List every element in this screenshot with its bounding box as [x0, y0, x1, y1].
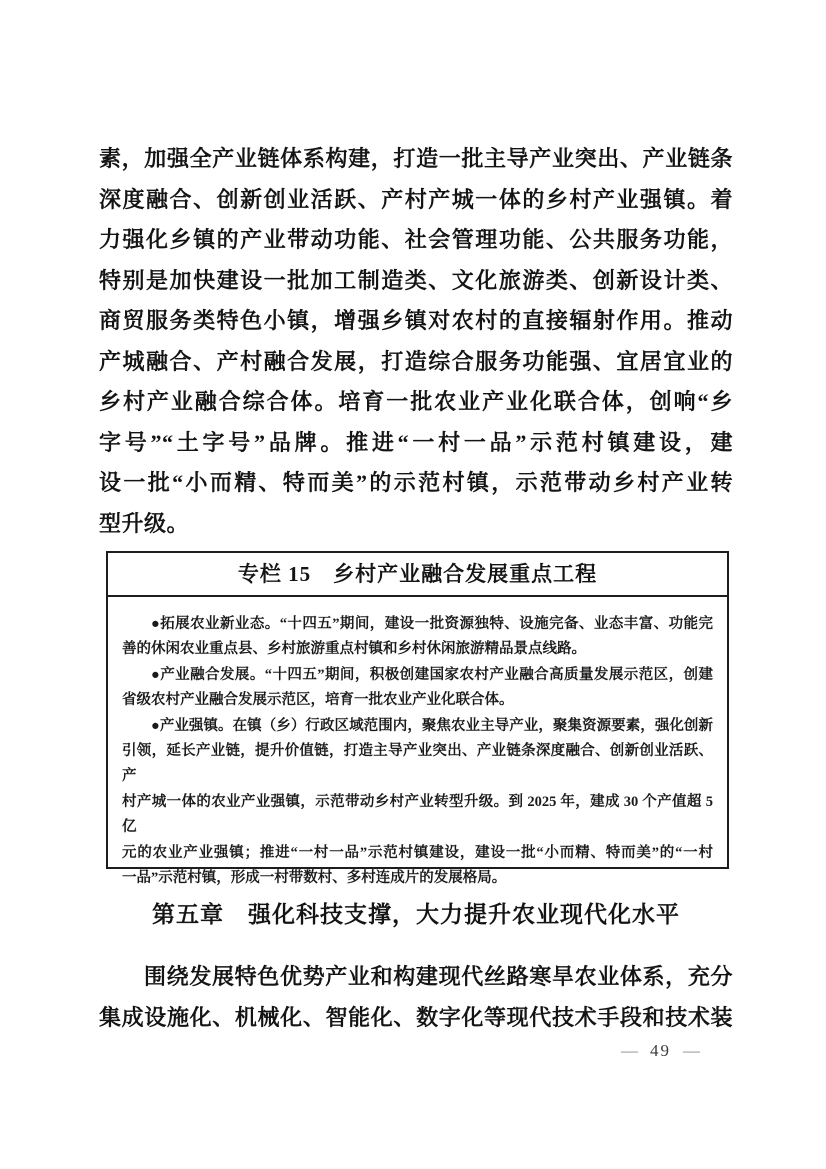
body-line: 特别是加快建设一批加工制造类、文化旅游类、创新设计类、: [99, 261, 733, 302]
box-bullet-line: 一品”示范村镇，形成一村带数村、多村连成片的发展格局。: [122, 866, 713, 891]
box-bullet-line: ●产业融合发展。“十四五”期间，积极创建国家农村产业融合高质量发展示范区，创建: [122, 663, 713, 688]
box-bullet-line: ●拓展农业新业态。“十四五”期间，建设一批资源独特、设施完备、业态丰富、功能完: [122, 612, 713, 637]
body-paragraph-1: 素，加强全产业链体系构建，打造一批主导产业突出、产业链条 深度融合、创新创业活跃…: [99, 139, 733, 544]
body-line: 字号”“土字号”品牌。推进“一村一品”示范村镇建设，建: [99, 423, 733, 464]
body-line: 力强化乡镇的产业带动功能、社会管理功能、公共服务功能，: [99, 220, 733, 261]
box-bullet-line: 省级农村产业融合发展示范区，培育一批农业产业化联合体。: [122, 688, 713, 713]
page-number: 49: [638, 1041, 683, 1060]
body-line: 深度融合、创新创业活跃、产村产城一体的乡村产业强镇。着: [99, 180, 733, 221]
page-number-footer: —49—: [621, 1041, 700, 1061]
box-bullet-line: 善的休闲农业重点县、乡村旅游重点村镇和乡村休闲旅游精品景点线路。: [122, 637, 713, 662]
body-line: 乡村产业融合综合体。培育一批农业产业化联合体，创响“乡: [99, 382, 733, 423]
body-line: 型升级。: [99, 504, 733, 545]
body-line: 集成设施化、机械化、智能化、数字化等现代技术手段和技术装: [99, 997, 733, 1038]
feature-box-body: ●拓展农业新业态。“十四五”期间，建设一批资源独特、设施完备、业态丰富、功能完 …: [108, 597, 727, 891]
footer-dash-right: —: [683, 1041, 700, 1060]
body-line: 商贸服务类特色小镇，增强乡镇对农村的直接辐射作用。推动: [99, 301, 733, 342]
footer-dash-left: —: [621, 1041, 638, 1060]
box-bullet-line: 引领，延长产业链，提升价值链，打造主导产业突出、产业链条深度融合、创新创业活跃、…: [122, 739, 713, 790]
body-line: 设一批“小而精、特而美”的示范村镇，示范带动乡村产业转: [99, 463, 733, 504]
box-bullet-line: 村产城一体的农业产业强镇，示范带动乡村产业转型升级。到 2025 年，建成 30…: [122, 790, 713, 841]
body-line: 素，加强全产业链体系构建，打造一批主导产业突出、产业链条: [99, 139, 733, 180]
box-bullet-line: ●产业强镇。在镇（乡）行政区域范围内，聚焦农业主导产业，聚集资源要素，强化创新: [122, 714, 713, 739]
feature-box-title: 专栏 15 乡村产业融合发展重点工程: [108, 553, 727, 597]
document-page: 素，加强全产业链体系构建，打造一批主导产业突出、产业链条 深度融合、创新创业活跃…: [0, 0, 826, 1169]
chapter-heading: 第五章 强化科技支撑，大力提升农业现代化水平: [99, 896, 733, 929]
box-bullet-line: 元的农业产业强镇；推进“一村一品”示范村镇建设，建设一批“小而精、特而美”的“一…: [122, 841, 713, 866]
body-line: 产城融合、产村融合发展，打造综合服务功能强、宜居宜业的: [99, 342, 733, 383]
body-paragraph-2: 围绕发展特色优势产业和构建现代丝路寒旱农业体系，充分 集成设施化、机械化、智能化…: [99, 956, 733, 1038]
feature-box: 专栏 15 乡村产业融合发展重点工程 ●拓展农业新业态。“十四五”期间，建设一批…: [106, 551, 729, 869]
body-line: 围绕发展特色优势产业和构建现代丝路寒旱农业体系，充分: [99, 956, 733, 997]
